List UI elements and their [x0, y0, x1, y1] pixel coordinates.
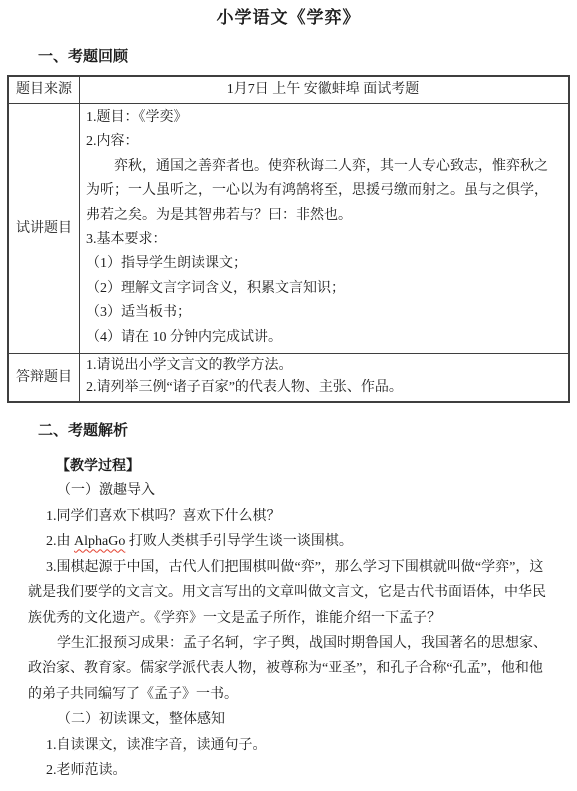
requirement-item: （3）适当板书； — [86, 301, 560, 325]
part1-item-2-suffix: 打败人类棋手引导学生谈一谈围棋。 — [125, 534, 353, 549]
part2-title: （二）初读课文，整体感知 — [28, 707, 552, 732]
part2-item-1: 1.自读课文，读准字音，读通句子。 — [28, 733, 552, 758]
page-title: 小学语文《学弈》 — [7, 7, 570, 29]
row-label-source: 题目来源 — [8, 76, 80, 104]
lecture-passage: 弈秋，通国之善弈者也。使弈秋诲二人弈，其一人专心致志，惟弈秋之为听；一人虽听之，… — [86, 155, 560, 228]
part1-paragraph-4: 学生汇报预习成果：孟子名轲，字子舆，战国时期鲁国人，我国著名的思想家、政治家、教… — [28, 631, 552, 707]
analysis-body: 【教学过程】 （一）激趣导入 1.同学们喜欢下棋吗？喜欢下什么棋？ 2.由 Al… — [28, 453, 552, 783]
requirement-item: （1）指导学生朗读课文； — [86, 252, 560, 276]
requirement-item: （2）理解文言字词含义，积累文言知识； — [86, 277, 560, 301]
requirement-item: （4）请在 10 分钟内完成试讲。 — [86, 326, 560, 350]
table-row-defense: 答辩题目 1.请说出小学文言文的教学方法。 2.请列举三例“诸子百家”的代表人物… — [8, 354, 569, 403]
table-row-lecture: 试讲题目 1.题目：《学奕》 2.内容： 弈秋，通国之善弈者也。使弈秋诲二人弈，… — [8, 104, 569, 354]
row-content-lecture: 1.题目：《学奕》 2.内容： 弈秋，通国之善弈者也。使弈秋诲二人弈，其一人专心… — [80, 104, 570, 354]
lecture-title-line: 1.题目：《学奕》 — [86, 106, 560, 130]
defense-item: 1.请说出小学文言文的教学方法。 — [86, 355, 560, 377]
row-content-source: 1月7日 上午 安徽蚌埠 面试考题 — [80, 76, 570, 104]
section-heading-analysis: 二、考题解析 — [38, 422, 570, 440]
part1-item-2-prefix: 2.由 — [46, 534, 74, 549]
table-row-source: 题目来源 1月7日 上午 安徽蚌埠 面试考题 — [8, 76, 569, 104]
alphago-spellcheck-text: AlphaGo — [74, 534, 125, 549]
row-label-defense: 答辩题目 — [8, 354, 80, 403]
defense-item: 2.请列举三例“诸子百家”的代表人物、主张、作品。 — [86, 377, 560, 399]
document-page: 小学语文《学弈》 一、考题回顾 题目来源 1月7日 上午 安徽蚌埠 面试考题 试… — [0, 0, 577, 791]
process-heading: 【教学过程】 — [56, 453, 552, 478]
part1-item-1: 1.同学们喜欢下棋吗？喜欢下什么棋？ — [28, 504, 552, 529]
row-content-defense: 1.请说出小学文言文的教学方法。 2.请列举三例“诸子百家”的代表人物、主张、作… — [80, 354, 570, 403]
lecture-content-line: 2.内容： — [86, 130, 560, 154]
lecture-requirements-line: 3.基本要求： — [86, 228, 560, 252]
review-table: 题目来源 1月7日 上午 安徽蚌埠 面试考题 试讲题目 1.题目：《学奕》 2.… — [7, 75, 570, 403]
part1-title: （一）激趣导入 — [28, 478, 552, 503]
part2-item-2: 2.老师范读。 — [28, 758, 552, 783]
part1-item-2: 2.由 AlphaGo 打败人类棋手引导学生谈一谈围棋。 — [28, 529, 552, 554]
row-label-lecture: 试讲题目 — [8, 104, 80, 354]
section-heading-review: 一、考题回顾 — [38, 48, 570, 66]
part1-paragraph-3: 3.围棋起源于中国，古代人们把围棋叫做“弈”，那么学习下围棋就叫做“学弈”，这就… — [28, 555, 552, 631]
